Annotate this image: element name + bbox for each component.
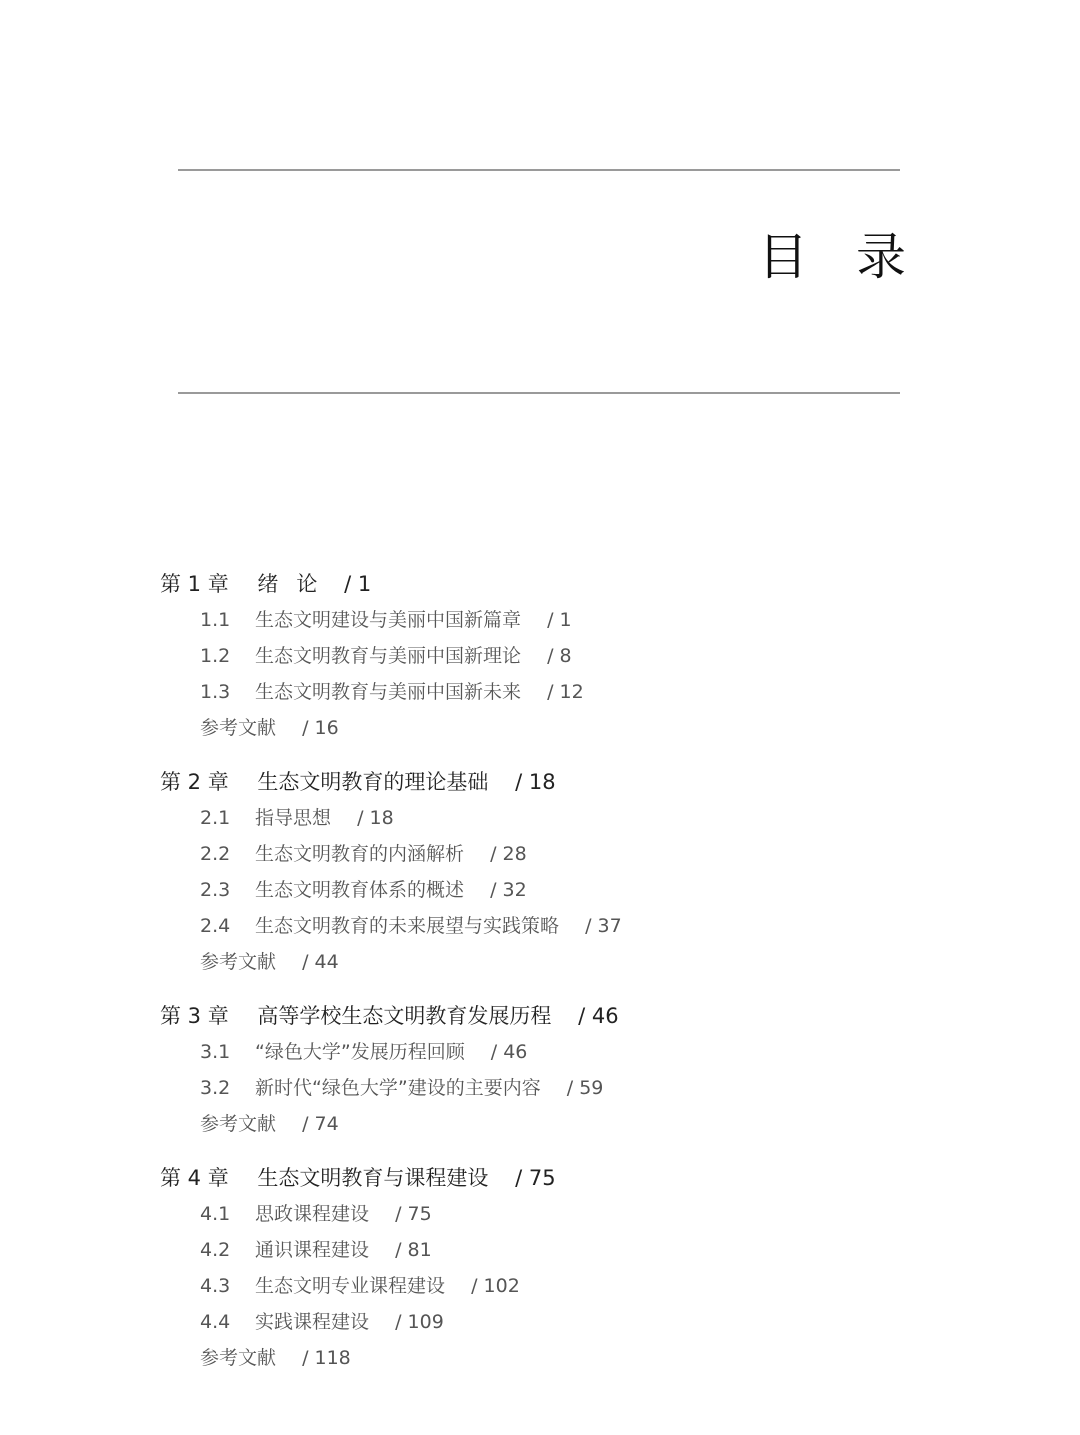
page-number: / 46: [491, 1034, 528, 1070]
section-number: 4.1: [200, 1196, 249, 1232]
section-number: 4.4: [200, 1304, 249, 1340]
page-number: / 75: [395, 1196, 432, 1232]
section-entry[interactable]: 4.4 实践课程建设 / 109: [160, 1304, 920, 1340]
section-title: 生态文明教育的内涵解析: [255, 836, 464, 872]
section-entry[interactable]: 3.1 “绿色大学”发展历程回顾 / 46: [160, 1034, 920, 1070]
section-number: 2.4: [200, 908, 249, 944]
references-entry[interactable]: 参考文献 / 118: [160, 1340, 920, 1376]
section-number: 4.3: [200, 1268, 249, 1304]
references-title: 参考文献: [200, 710, 276, 746]
section-number: 3.1: [200, 1034, 249, 1070]
page-number: / 1: [547, 602, 572, 638]
chapter-title: 高等学校生态文明教育发展历程: [257, 998, 551, 1034]
page-number: / 18: [357, 800, 394, 836]
section-number: 1.3: [200, 674, 249, 710]
page-number: / 102: [471, 1268, 520, 1304]
chapter-2: 第 2 章 生态文明教育的理论基础 / 18 2.1 指导思想 / 18 2.2…: [160, 764, 920, 980]
section-number: 3.2: [200, 1070, 249, 1106]
section-entry[interactable]: 2.3 生态文明教育体系的概述 / 32: [160, 872, 920, 908]
section-entry[interactable]: 4.3 生态文明专业课程建设 / 102: [160, 1268, 920, 1304]
page-number: / 16: [302, 710, 339, 746]
section-title: 生态文明教育的未来展望与实践策略: [255, 908, 559, 944]
page-number: / 8: [547, 638, 572, 674]
page-number: / 18: [515, 764, 555, 800]
section-title: 新时代“绿色大学”建设的主要内容: [255, 1070, 541, 1106]
page-number: / 109: [395, 1304, 444, 1340]
title-char-1: 目: [758, 224, 808, 290]
page-number: / 32: [490, 872, 527, 908]
page-title: 目 录: [758, 224, 906, 290]
title-char-2: 录: [856, 224, 906, 290]
chapter-heading[interactable]: 第 3 章 高等学校生态文明教育发展历程 / 46: [160, 998, 920, 1034]
section-title: “绿色大学”发展历程回顾: [255, 1034, 465, 1070]
references-title: 参考文献: [200, 1340, 276, 1376]
section-number: 1.1: [200, 602, 249, 638]
chapter-number: 第 4 章: [160, 1160, 229, 1196]
section-title: 思政课程建设: [255, 1196, 369, 1232]
page-number: / 74: [302, 1106, 339, 1142]
chapter-title: 生态文明教育与课程建设: [257, 1160, 488, 1196]
page-number: / 44: [302, 944, 339, 980]
section-entry[interactable]: 1.1 生态文明建设与美丽中国新篇章 / 1: [160, 602, 920, 638]
section-title: 生态文明教育与美丽中国新理论: [255, 638, 521, 674]
section-entry[interactable]: 4.2 通识课程建设 / 81: [160, 1232, 920, 1268]
section-title: 生态文明建设与美丽中国新篇章: [255, 602, 521, 638]
section-number: 2.2: [200, 836, 249, 872]
top-rule: [178, 169, 900, 171]
page-number: / 37: [585, 908, 622, 944]
section-number: 2.3: [200, 872, 249, 908]
chapter-number: 第 1 章: [160, 566, 229, 602]
chapter-heading[interactable]: 第 4 章 生态文明教育与课程建设 / 75: [160, 1160, 920, 1196]
section-title: 通识课程建设: [255, 1232, 369, 1268]
section-number: 2.1: [200, 800, 249, 836]
bottom-rule: [178, 392, 900, 394]
chapter-heading[interactable]: 第 1 章 绪论 / 1: [160, 566, 920, 602]
section-number: 4.2: [200, 1232, 249, 1268]
page-number: / 59: [567, 1070, 604, 1106]
section-title: 生态文明专业课程建设: [255, 1268, 445, 1304]
chapter-4: 第 4 章 生态文明教育与课程建设 / 75 4.1 思政课程建设 / 75 4…: [160, 1160, 920, 1376]
references-entry[interactable]: 参考文献 / 16: [160, 710, 920, 746]
section-title: 生态文明教育体系的概述: [255, 872, 464, 908]
chapter-heading[interactable]: 第 2 章 生态文明教育的理论基础 / 18: [160, 764, 920, 800]
section-entry[interactable]: 2.4 生态文明教育的未来展望与实践策略 / 37: [160, 908, 920, 944]
references-title: 参考文献: [200, 1106, 276, 1142]
page-number: / 12: [547, 674, 584, 710]
section-title: 指导思想: [255, 800, 331, 836]
section-title: 生态文明教育与美丽中国新未来: [255, 674, 521, 710]
chapter-number: 第 3 章: [160, 998, 229, 1034]
chapter-title: 生态文明教育的理论基础: [257, 764, 488, 800]
page-number: / 75: [515, 1160, 555, 1196]
page-number: / 118: [302, 1340, 351, 1376]
table-of-contents: 第 1 章 绪论 / 1 1.1 生态文明建设与美丽中国新篇章 / 1 1.2 …: [160, 566, 920, 1394]
chapter-1: 第 1 章 绪论 / 1 1.1 生态文明建设与美丽中国新篇章 / 1 1.2 …: [160, 566, 920, 746]
page-number: / 81: [395, 1232, 432, 1268]
section-entry[interactable]: 2.2 生态文明教育的内涵解析 / 28: [160, 836, 920, 872]
chapter-3: 第 3 章 高等学校生态文明教育发展历程 / 46 3.1 “绿色大学”发展历程…: [160, 998, 920, 1142]
references-entry[interactable]: 参考文献 / 74: [160, 1106, 920, 1142]
chapter-number: 第 2 章: [160, 764, 229, 800]
references-entry[interactable]: 参考文献 / 44: [160, 944, 920, 980]
references-title: 参考文献: [200, 944, 276, 980]
page-number: / 1: [344, 566, 371, 602]
section-entry[interactable]: 1.3 生态文明教育与美丽中国新未来 / 12: [160, 674, 920, 710]
section-entry[interactable]: 2.1 指导思想 / 18: [160, 800, 920, 836]
section-entry[interactable]: 1.2 生态文明教育与美丽中国新理论 / 8: [160, 638, 920, 674]
page-number: / 46: [578, 998, 618, 1034]
section-entry[interactable]: 4.1 思政课程建设 / 75: [160, 1196, 920, 1232]
section-number: 1.2: [200, 638, 249, 674]
chapter-title: 绪论: [257, 566, 335, 602]
section-title: 实践课程建设: [255, 1304, 369, 1340]
section-entry[interactable]: 3.2 新时代“绿色大学”建设的主要内容 / 59: [160, 1070, 920, 1106]
page-number: / 28: [490, 836, 527, 872]
